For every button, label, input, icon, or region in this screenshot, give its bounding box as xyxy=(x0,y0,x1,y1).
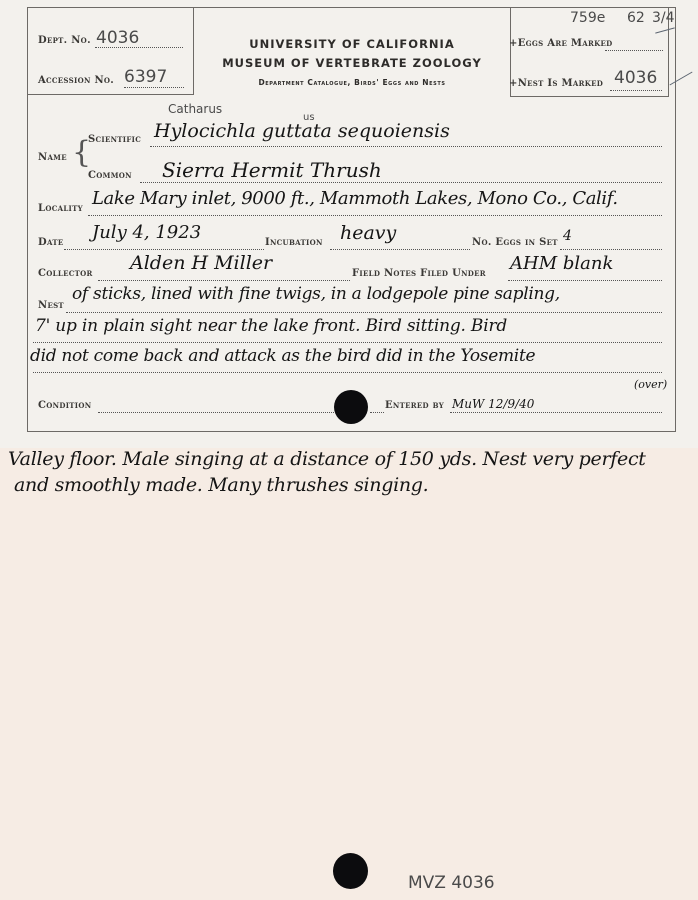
entered-by-value: MuW 12/9/40 xyxy=(452,397,534,411)
nest-line-2 xyxy=(33,342,662,343)
nest-marked-line xyxy=(610,90,662,91)
field-notes-value: AHM blank xyxy=(510,253,613,274)
note-759e: 759e xyxy=(570,10,605,26)
entered-by-line xyxy=(450,412,662,413)
date-line xyxy=(64,249,264,250)
note-fraction: 3/4 xyxy=(652,10,675,26)
nest-text-line2: 7' up in plain sight near the lake front… xyxy=(35,316,507,336)
entered-by-label: Entered by xyxy=(385,400,444,411)
common-line xyxy=(140,182,662,183)
name-label: Name xyxy=(38,152,67,163)
date-label: Date xyxy=(38,237,63,248)
over-note: (over) xyxy=(634,378,667,391)
locality-line xyxy=(88,215,662,216)
entered-by-lead xyxy=(370,412,384,413)
eggs-marked-line xyxy=(605,50,663,51)
nest-text-line1: of sticks, lined with fine twigs, in a l… xyxy=(72,284,560,304)
condition-line xyxy=(98,412,334,413)
genus-correction: Catharus xyxy=(168,102,222,116)
catalog-card-back: Valley floor. Male singing at a distance… xyxy=(0,448,698,900)
accession-no-label: Accession No. xyxy=(38,75,114,86)
header-university: UNIVERSITY OF CALIFORNIA xyxy=(194,37,510,51)
common-value: Sierra Hermit Thrush xyxy=(162,158,382,182)
eggs-in-set-line xyxy=(560,249,662,250)
header-department: Department Catalogue, Birds' Eggs and Ne… xyxy=(194,78,510,87)
scientific-label: Scientific xyxy=(88,134,141,145)
collector-line xyxy=(98,280,350,281)
scientific-superscript: us xyxy=(303,112,315,123)
nest-marked-label: +Nest Is Marked xyxy=(509,78,603,89)
nest-line-1 xyxy=(66,312,662,313)
incubation-value: heavy xyxy=(340,222,396,244)
nest-marked-value: 4036 xyxy=(614,68,657,88)
scientific-line xyxy=(150,146,662,147)
date-value: July 4, 1923 xyxy=(92,222,201,243)
punch-hole xyxy=(333,853,368,889)
condition-label: Condition xyxy=(38,400,91,411)
collector-value: Alden H Miller xyxy=(130,252,272,274)
note-62: 62 xyxy=(627,10,645,26)
nest-label: Nest xyxy=(38,300,64,311)
dept-no-label: Dept. No. xyxy=(38,35,91,46)
eggs-in-set-label: No. Eggs in Set xyxy=(472,237,558,248)
back-text-line1: Valley floor. Male singing at a distance… xyxy=(8,448,646,470)
header-museum: MUSEUM OF VERTEBRATE ZOOLOGY xyxy=(194,56,510,70)
locality-value: Lake Mary inlet, 9000 ft., Mammoth Lakes… xyxy=(92,188,618,209)
dept-no-value: 4036 xyxy=(96,28,139,48)
back-text-line2: and smoothly made. Many thrushes singing… xyxy=(14,474,428,496)
incubation-line xyxy=(330,249,470,250)
field-notes-label: Field Notes Filed Under xyxy=(352,268,486,279)
catalog-label: MVZ 4036 xyxy=(408,873,495,893)
catalog-card-front: Dept. No. 4036 Accession No. 6397 UNIVER… xyxy=(0,0,698,448)
locality-label: Locality xyxy=(38,203,83,214)
punch-hole xyxy=(334,390,368,424)
eggs-marked-label: +Eggs Are Marked xyxy=(509,38,613,49)
accession-no-value: 6397 xyxy=(124,67,167,87)
eggs-in-set-value: 4 xyxy=(563,228,572,244)
scientific-value: Hylocichla guttata sequoiensis xyxy=(154,120,450,142)
incubation-label: Incubation xyxy=(265,237,323,248)
field-notes-line xyxy=(508,280,662,281)
accession-no-line xyxy=(124,87,184,88)
nest-text-line3: did not come back and attack as the bird… xyxy=(30,346,535,366)
nest-line-3 xyxy=(33,372,662,373)
common-label: Common xyxy=(88,170,132,181)
collector-label: Collector xyxy=(38,268,93,279)
